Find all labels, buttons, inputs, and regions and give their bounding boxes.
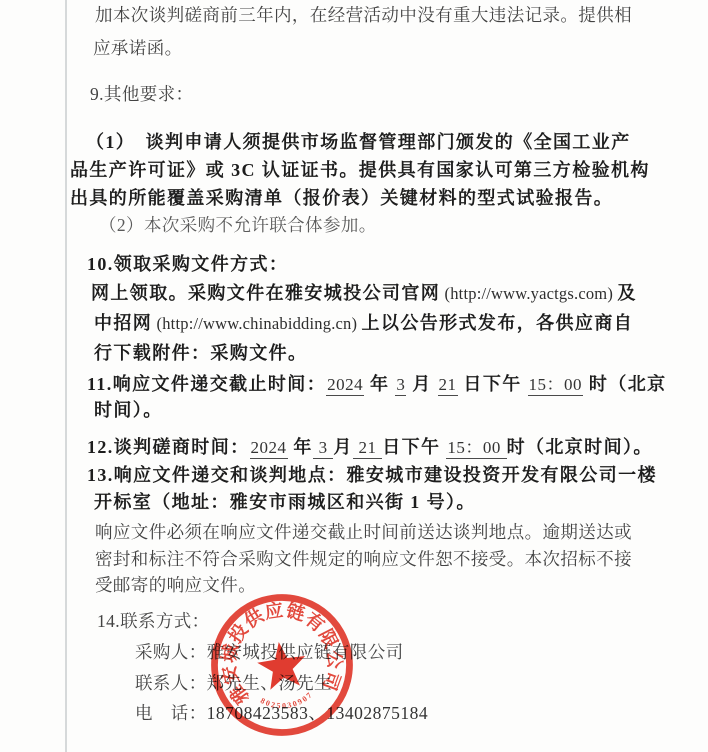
deadline-month: 3 (395, 375, 406, 396)
negotiation-year-unit: 年 (288, 437, 313, 457)
negotiation-day-unit: 日下午 (382, 437, 446, 457)
section-9-heading: 9.其他要求： (90, 86, 193, 104)
section-10-line-3: 行下载附件：采购文件。 (94, 344, 307, 362)
company-seal: 雅安城投供应链有限公司 8025030907 (197, 580, 366, 749)
notice-line-1: 响应文件必须在响应文件递交截止时间前送达谈判地点。逾期送达或 (95, 524, 632, 542)
section-12-line: 12.谈判磋商时间：2024 年 3 月 21 日下午 15：00 时（北京时间… (87, 438, 653, 457)
negotiation-month: 3 (313, 438, 334, 459)
section-14-heading: 14.联系方式： (97, 613, 210, 631)
section-10-line-1: 网上领取。采购文件在雅安城投公司官网 (http://www.yactgs.co… (91, 284, 637, 303)
section-10-line-2-text: 中招网 (94, 313, 152, 333)
scanned-document-page: 加本次谈判磋商前三年内，在经营活动中没有重大违法记录。提供相 应承诺函。 9.其… (0, 0, 708, 752)
section-9-item1-line-3: 出具的所能覆盖采购清单（报价表）关键材料的型式试验报告。 (70, 189, 613, 207)
section-13-line-2: 开标室（地址：雅安市雨城区和兴街 1 号）。 (94, 493, 476, 511)
deadline-time: 15：00 (528, 375, 584, 396)
phone-numbers: 18708423583、13402875184 (207, 703, 429, 723)
section-11-label: 11.响应文件递交截止时间： (87, 374, 326, 394)
phone-label: 电 话： (135, 703, 207, 723)
section-9-item1-line-1: （1） 谈判申请人须提供市场监督管理部门颁发的《全国工业产 (86, 133, 631, 151)
notice-line-2: 密封和标注不符合采购文件规定的响应文件恕不接受。本次招标不接 (95, 551, 632, 569)
buyer-line: 采购人：雅安城投供应链有限公司 (135, 644, 404, 662)
section-9-item1-line-2: 品生产许可证》或 3C 认证证书。提供具有国家认可第三方检验机构 (70, 161, 650, 179)
section-11-line-2: 时间）。 (94, 401, 163, 419)
notice-line-3: 受邮寄的响应文件。 (95, 577, 256, 595)
month-unit: 月 (406, 374, 437, 394)
section-11-tail: 时（北京 (583, 374, 667, 394)
negotiation-month-unit: 月 (333, 437, 352, 457)
section-10-line-2: 中招网 (http://www.chinabidding.cn) 上以公告形式发… (94, 314, 633, 333)
section-12-tail: 时（北京时间）。 (507, 437, 653, 457)
section-13-line-1: 13.响应文件递交和谈判地点：雅安城市建设投资开发有限公司一楼 (87, 466, 657, 484)
section-10-line-2-tail: 上以公告形式发布，各供应商自 (362, 313, 634, 333)
day-unit: 日下午 (458, 374, 528, 394)
year-unit: 年 (364, 374, 395, 394)
yactgs-url: (http://www.yactgs.com) (440, 284, 617, 303)
negotiation-day: 21 (353, 438, 383, 459)
contact-person-line: 联系人：郑先生、汤先生 (135, 675, 332, 693)
deadline-year: 2024 (326, 375, 364, 396)
section-9-item2: （2）本次采购不允许联合体参加。 (99, 217, 377, 235)
phone-line: 电 话：18708423583、13402875184 (135, 705, 428, 723)
chinabidding-url: (http://www.chinabidding.cn) (152, 314, 361, 333)
contact-person-label: 联系人： (135, 673, 207, 693)
deadline-day: 21 (438, 375, 458, 396)
scan-edge-artifact (65, 0, 67, 752)
section-10-line-1-tail: 及 (617, 283, 636, 303)
section-11-line-1: 11.响应文件递交截止时间：2024 年 3 月 21 日下午 15：00 时（… (87, 375, 667, 394)
intro-line-1: 加本次谈判磋商前三年内，在经营活动中没有重大违法记录。提供相 (95, 7, 632, 25)
negotiation-time: 15：00 (446, 438, 506, 459)
section-10-line-1-text: 网上领取。采购文件在雅安城投公司官网 (91, 283, 440, 303)
contact-person-names: 郑先生、汤先生 (207, 673, 332, 693)
section-12-label: 12.谈判磋商时间： (87, 437, 250, 457)
buyer-label: 采购人： (135, 642, 207, 662)
section-10-heading: 10.领取采购文件方式： (87, 255, 288, 273)
negotiation-year: 2024 (250, 438, 288, 459)
intro-line-2: 应承诺函。 (93, 40, 183, 58)
buyer-name: 雅安城投供应链有限公司 (207, 642, 404, 662)
